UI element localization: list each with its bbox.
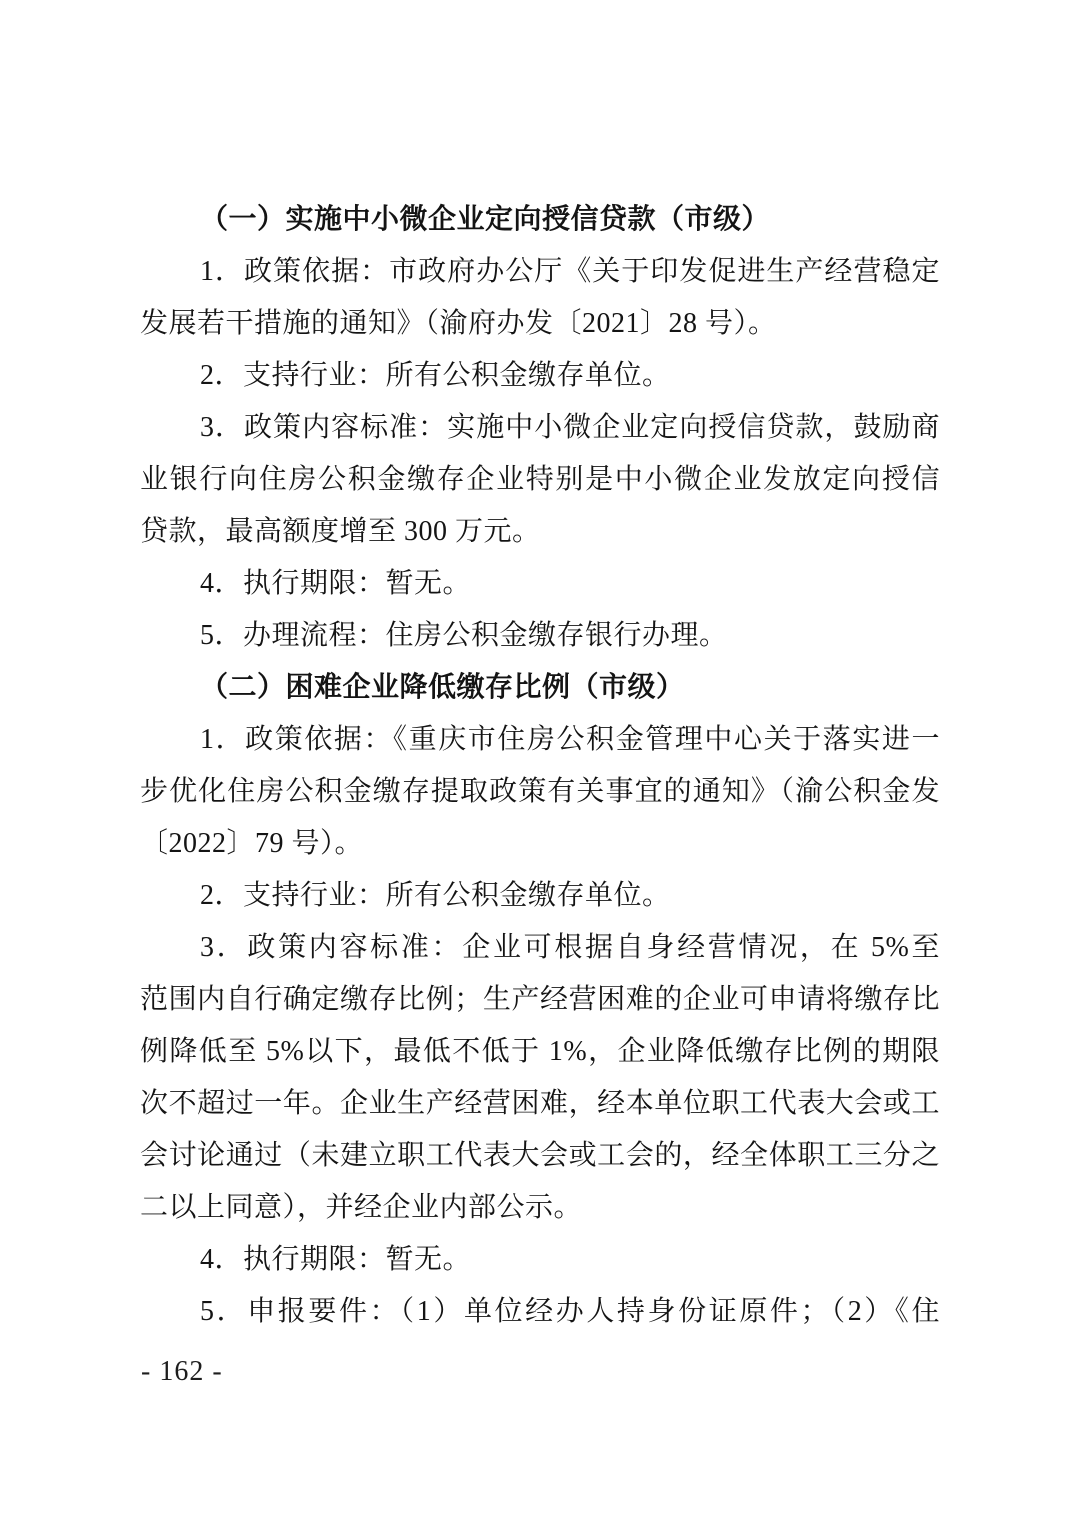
- section-1-para-3-line-2: 业银行向住房公积金缴存企业特别是中小微企业发放定向授信: [140, 454, 940, 506]
- section-2-para-3-line-6: 二以上同意），并经企业内部公示。: [140, 1182, 940, 1234]
- document-page-text: （一）实施中小微企业定向授信贷款（市级） 1．政策依据：市政府办公厅《关于印发促…: [140, 194, 940, 1338]
- section-1-para-1-line-2: 发展若干措施的通知》（渝府办发〔2021〕28 号）。: [140, 298, 940, 350]
- section-2-para-1-line-1: 1．政策依据：《重庆市住房公积金管理中心关于落实进一: [140, 714, 940, 766]
- section-2-para-3-line-1: 3．政策内容标准：企业可根据自身经营情况，在 5%至 12%: [140, 922, 940, 974]
- section-1-para-3-line-3: 贷款，最高额度增至 300 万元。: [140, 506, 940, 558]
- section-1-heading: （一）实施中小微企业定向授信贷款（市级）: [140, 194, 940, 246]
- section-1-para-5-line-1: 5．办理流程：住房公积金缴存银行办理。: [140, 610, 940, 662]
- section-2-para-3-line-5: 会讨论通过（未建立职工代表大会或工会的，经全体职工三分之: [140, 1130, 940, 1182]
- section-2-para-4-line-1: 4．执行期限：暂无。: [140, 1234, 940, 1286]
- section-1-para-4-line-1: 4．执行期限：暂无。: [140, 558, 940, 610]
- section-1-para-1-line-1: 1．政策依据：市政府办公厅《关于印发促进生产经营稳定: [140, 246, 940, 298]
- section-1-para-2-line-1: 2．支持行业：所有公积金缴存单位。: [140, 350, 940, 402]
- section-2-para-1-line-3: 〔2022〕79 号）。: [140, 818, 940, 870]
- section-2-para-1-line-2: 步优化住房公积金缴存提取政策有关事宜的通知》（渝公积金发: [140, 766, 940, 818]
- section-2-para-3-line-3: 例降低至 5%以下，最低不低于 1%，企业降低缴存比例的期限每: [140, 1026, 940, 1078]
- section-2-para-2-line-1: 2．支持行业：所有公积金缴存单位。: [140, 870, 940, 922]
- section-2-para-5-line-1: 5．申报要件：（1）单位经办人持身份证原件；（2）《住: [140, 1286, 940, 1338]
- page-number: - 162 -: [141, 1346, 223, 1398]
- section-2-para-3-line-4: 次不超过一年。企业生产经营困难，经本单位职工代表大会或工: [140, 1078, 940, 1130]
- section-1-para-3-line-1: 3．政策内容标准：实施中小微企业定向授信贷款，鼓励商: [140, 402, 940, 454]
- section-2-para-3-line-2: 范围内自行确定缴存比例；生产经营困难的企业可申请将缴存比: [140, 974, 940, 1026]
- section-2-heading: （二）困难企业降低缴存比例（市级）: [140, 662, 940, 714]
